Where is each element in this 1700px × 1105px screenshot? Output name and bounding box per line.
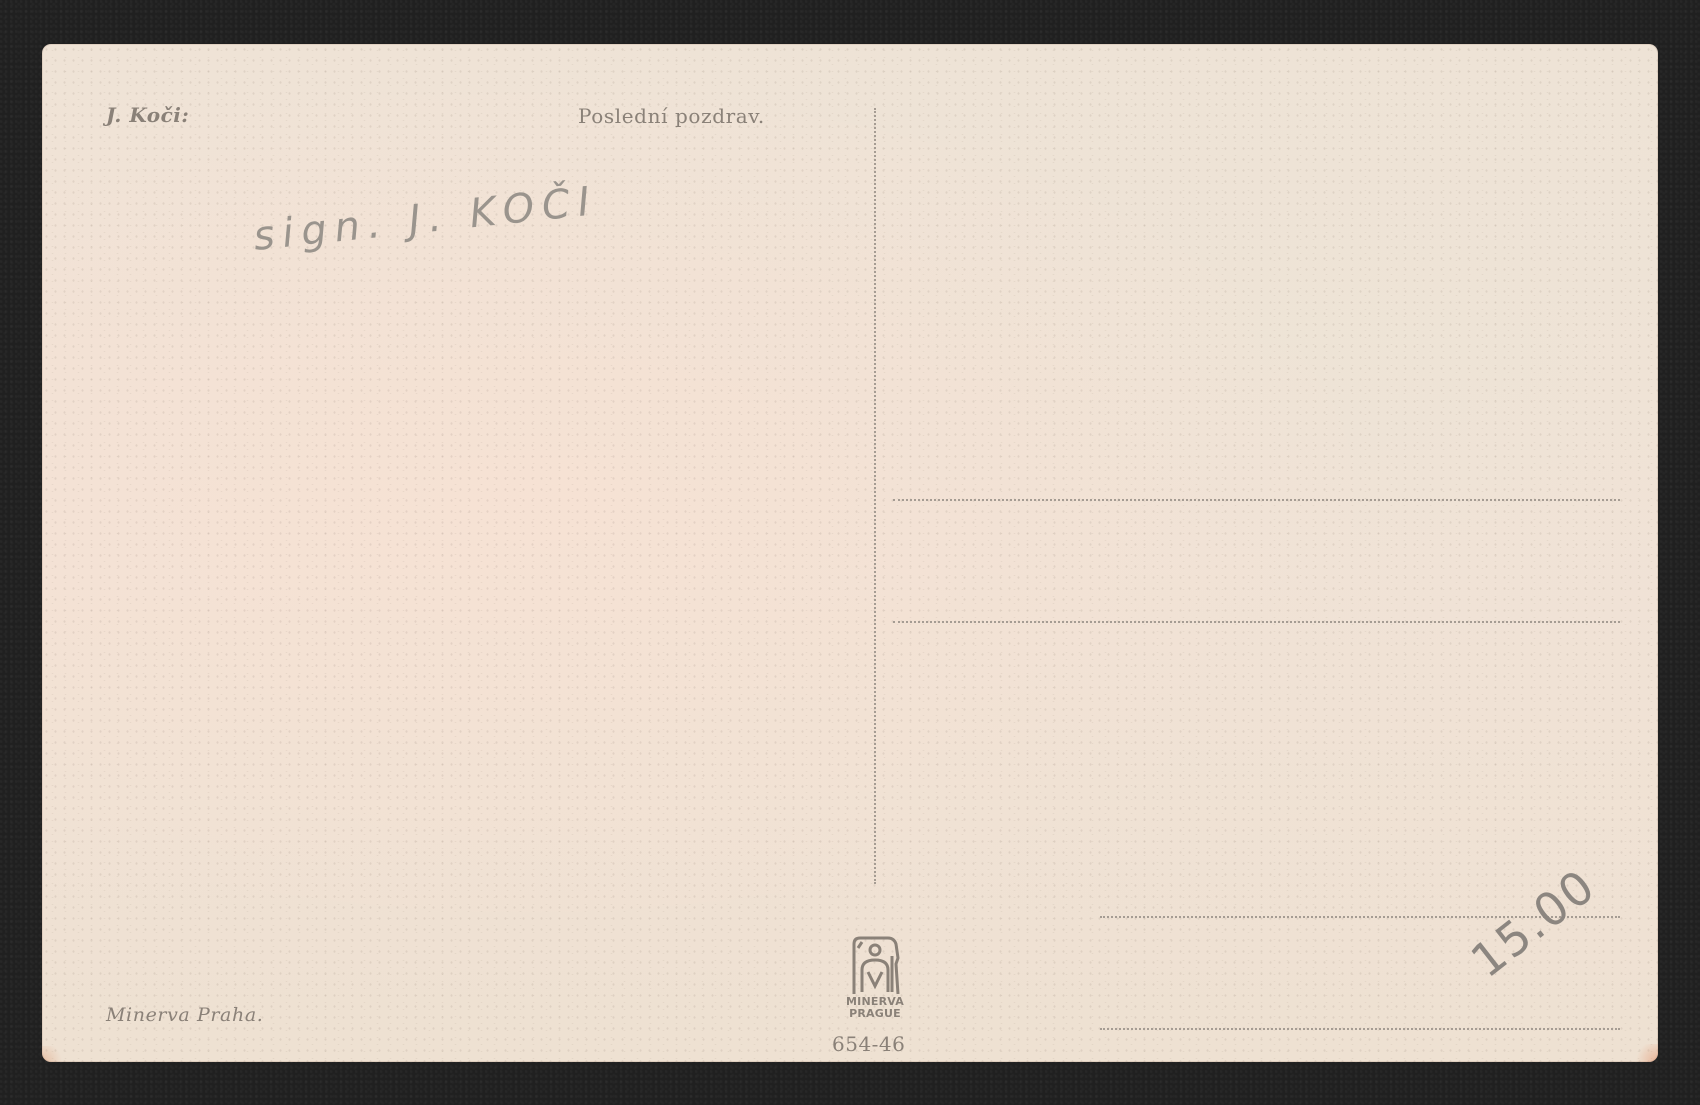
handwritten-price: 15.00 (1461, 858, 1606, 988)
logo-text-line2: PRAGUE (849, 1008, 901, 1020)
address-line-2 (893, 621, 1620, 623)
corner-wear-bottom-left (42, 1046, 66, 1062)
minerva-emblem-icon (848, 934, 902, 996)
handwritten-signature-note: sign. J. KOČI (251, 178, 600, 260)
catalog-number: 654-46 (832, 1032, 905, 1056)
address-line-4 (1100, 1028, 1620, 1030)
corner-wear-bottom-right (1632, 1044, 1658, 1062)
publisher-imprint: Minerva Praha. (106, 1004, 263, 1026)
minerva-logo: MINERVA PRAGUE (841, 934, 909, 1024)
postcard: J. Koči: Poslední pozdrav. sign. J. KOČI… (42, 44, 1658, 1062)
paper-texture (42, 44, 1658, 1062)
message-address-divider (874, 108, 876, 884)
address-line-1 (893, 499, 1620, 501)
card-title: Poslední pozdrav. (578, 104, 765, 128)
artist-name: J. Koči: (106, 103, 189, 127)
